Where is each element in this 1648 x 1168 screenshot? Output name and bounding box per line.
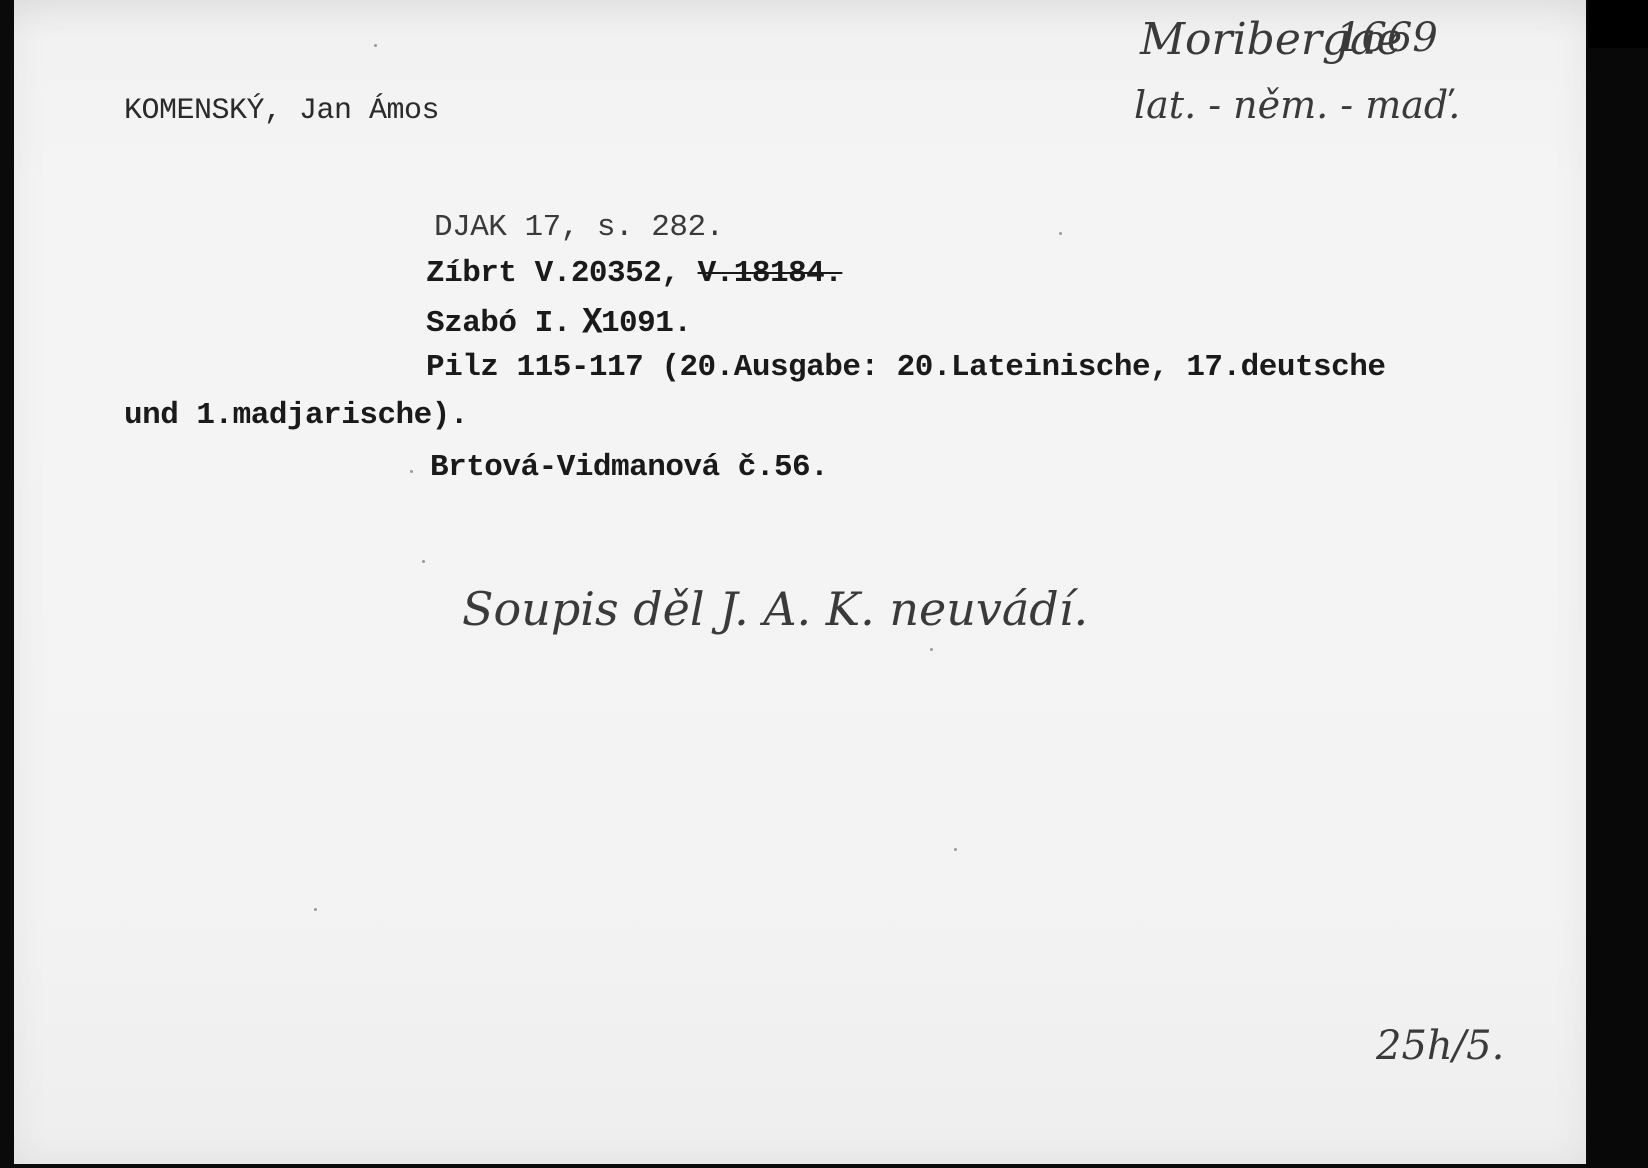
scanned-catalog-card: KOMENSKÝ, Jan Ámos Moribergae 1669 lat. … bbox=[0, 0, 1648, 1168]
scan-border-right bbox=[1588, 0, 1648, 1168]
handwritten-shelf-number: 25h/5. bbox=[1376, 1026, 1504, 1066]
reference-szabo-text: Szabó I. bbox=[426, 306, 571, 341]
scan-speck bbox=[314, 908, 317, 911]
card-heading-author: KOMENSKÝ, Jan Ámos bbox=[124, 96, 439, 126]
catalog-card: KOMENSKÝ, Jan Ámos Moribergae 1669 lat. … bbox=[14, 0, 1586, 1164]
reference-brtova: Brtová-Vidmanová č.56. bbox=[430, 452, 828, 483]
reference-pilz-continuation: und 1.madjarische). bbox=[124, 400, 468, 431]
reference-pilz: Pilz 115-117 (20.Ausgabe: 20.Lateinische… bbox=[426, 352, 1385, 383]
scan-border-right-top bbox=[1588, 0, 1648, 48]
handwritten-note: Soupis děl J. A. K. neuvádí. bbox=[462, 586, 1088, 632]
reference-zibrt: Zíbrt V.20352, V.18184. bbox=[426, 258, 842, 289]
reference-djak: DJAK 17, s. 282. bbox=[434, 212, 724, 243]
scan-speck bbox=[410, 470, 413, 473]
scan-speck bbox=[422, 560, 425, 563]
scan-speck bbox=[1059, 232, 1062, 235]
handwritten-languages: lat. - něm. - maď. bbox=[1134, 86, 1460, 124]
scan-speck bbox=[954, 848, 957, 851]
reference-zibrt-text: Zíbrt V.20352, bbox=[426, 256, 679, 291]
reference-zibrt-struck: V.18184. bbox=[698, 256, 843, 291]
scan-speck bbox=[374, 44, 377, 47]
scan-speck bbox=[930, 648, 933, 651]
reference-szabo-number: 1091. bbox=[601, 306, 692, 341]
reference-szabo: Szabó I.X1091. bbox=[426, 308, 691, 339]
handwritten-year: 1669 bbox=[1336, 18, 1438, 58]
struck-mark: X bbox=[582, 305, 602, 342]
